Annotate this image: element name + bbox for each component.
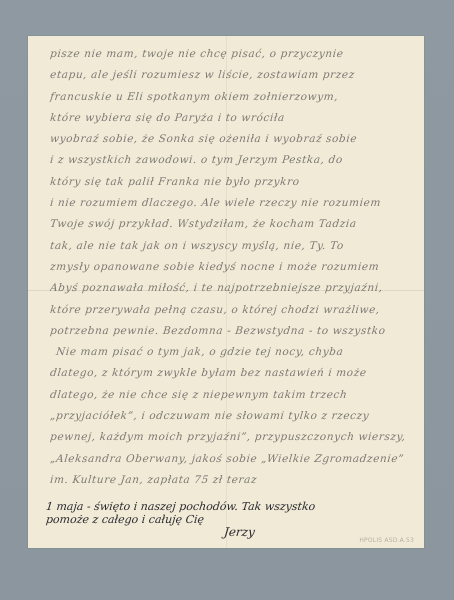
handwritten-line: Nie mam pisać o tym jak, o gdzie tej noc… — [49, 342, 411, 363]
handwritten-line: które przerywała pełną czasu, o której c… — [49, 300, 411, 321]
handwritten-line: wyobraź sobie, że Sonka się ożeniła i wy… — [49, 129, 411, 150]
letter-body: pisze nie mam, twoje nie chcę pisać, o p… — [50, 44, 410, 491]
handwritten-line: pewnej, każdym moich przyjaźni”, przypus… — [49, 427, 411, 448]
handwritten-line: Twoje swój przykład. Wstydziłam, że koch… — [49, 214, 411, 235]
handwritten-line: im. Kulture Jan, zapłata 75 zł teraz — [49, 470, 411, 491]
letter-page: pisze nie mam, twoje nie chcę pisać, o p… — [28, 36, 424, 548]
handwritten-line: potrzebna pewnie. Bezdomna - Bezwstydna … — [49, 321, 411, 342]
handwritten-line: i z wszystkich zawodowi. o tym Jerzym Pe… — [49, 150, 411, 171]
handwritten-line: „przyjaciółek”, i odczuwam nie słowami t… — [49, 406, 411, 427]
handwritten-line: Abyś poznawała miłość, i te najpotrzebni… — [49, 278, 411, 299]
handwritten-line: dlatego, że nie chce się z niepewnym tak… — [49, 385, 411, 406]
handwritten-line: i nie rozumiem dlaczego. Ale wiele rzecz… — [49, 193, 411, 214]
handwritten-line: tak, ale nie tak jak on i wszyscy myślą,… — [49, 236, 411, 257]
handwritten-line: „Aleksandra Oberwany, jakoś sobie „Wielk… — [49, 449, 411, 470]
ink-line: 1 maja - święto i naszej pochodów. Tak w… — [45, 500, 346, 513]
signature: Jerzy — [45, 526, 346, 539]
handwritten-line: które wybiera się do Paryża i to wróciła — [49, 108, 411, 129]
ink-line: pomoże z całego i całuję Cię — [45, 513, 346, 526]
handwritten-line: pisze nie mam, twoje nie chcę pisać, o p… — [49, 44, 411, 65]
handwritten-line: zmysły opanowane sobie kiedyś nocne i mo… — [49, 257, 411, 278]
handwritten-line: francuskie u Eli spotkanym okiem zołnier… — [49, 87, 411, 108]
handwritten-line: etapu, ale jeśli rozumiesz w liście, zos… — [49, 65, 411, 86]
handwritten-line: dlatego, z którym zwykle byłam bez nasta… — [49, 363, 411, 384]
letter-signoff: 1 maja - święto i naszej pochodów. Tak w… — [46, 500, 346, 539]
handwritten-line: który się tak palił Franka nie było przy… — [49, 172, 411, 193]
archive-mark: HPOLIS ASD.A.53 — [359, 537, 414, 544]
